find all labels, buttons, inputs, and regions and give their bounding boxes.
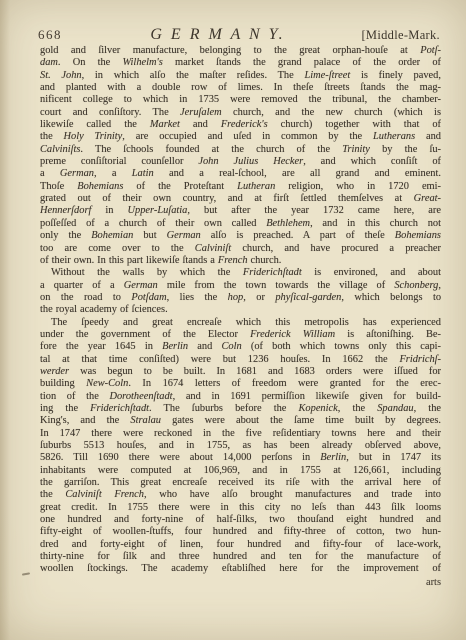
text-line: woollen ſtockings. The academy eſtabliſh… xyxy=(40,563,441,575)
text-line: Without the walls by which the Friderich… xyxy=(40,267,441,279)
paragraph-continuation: gold and ſilver manufacture, belonging t… xyxy=(40,45,441,267)
section-marker: [Middle-Mark. xyxy=(361,28,440,43)
text-line: and planted with a double row of limes. … xyxy=(40,82,441,94)
running-title: G E R M A N Y. xyxy=(150,26,285,44)
text-line: dam. On the Wilhelm's market ſtands the … xyxy=(40,57,441,69)
text-line: Calviniſts. The ſchools founded at the c… xyxy=(40,144,441,156)
text-line: a quarter of a German mile from the town… xyxy=(40,280,441,292)
text-line: too are come over to the Calviniſt churc… xyxy=(40,243,441,255)
text-line: 5826. Till 1690 there were about 14,000 … xyxy=(40,452,441,464)
text-line: the Calviniſt French, who have alſo brou… xyxy=(40,489,441,501)
page-header: 668 G E R M A N Y. [Middle-Mark. xyxy=(38,26,440,44)
text-line: tion of the Dorotheenſtadt, and in 1691 … xyxy=(40,391,441,403)
text-line: only the Bohemian but German alſo is pre… xyxy=(40,230,441,242)
text-line: thirty-nine for ſilk and three hundred a… xyxy=(40,551,441,563)
paragraph-physical-garden: Without the walls by which the Friderich… xyxy=(40,267,441,316)
text-line: St. John, in which alſo the maſter reſid… xyxy=(40,70,441,82)
text-line: under the government of the Elector Fred… xyxy=(40,329,441,341)
text-line: In 1747 there were reckoned in the five … xyxy=(40,428,441,440)
text-line: grated out of their own country, and at … xyxy=(40,193,441,205)
text-line: fore the year 1645 in Berlin and Coln (o… xyxy=(40,341,441,353)
page-number: 668 xyxy=(38,27,62,43)
text-line: on the road to Potſdam, lies the hop, or… xyxy=(40,292,441,304)
text-line: poſſeſſed of a church of their own calle… xyxy=(40,218,441,230)
text-line: ing the Friderichſtadt. The ſuburbs befo… xyxy=(40,403,441,415)
text-line: preme conſiſtorial counſellor John Juliu… xyxy=(40,156,441,168)
text-line: Thoſe Bohemians of the Proteſtant Luther… xyxy=(40,181,441,193)
text-line: fifty-eight of woollen-ſtuffs, four hund… xyxy=(40,526,441,538)
text-line: nificent college to which in 1735 were r… xyxy=(40,94,441,106)
text-line: The ſpeedy and great encreaſe which this… xyxy=(40,317,441,329)
text-line: the Holy Trinity, are occupied and uſed … xyxy=(40,131,441,143)
text-line: one hundred and forty-nine of half-ſilks… xyxy=(40,514,441,526)
book-page-scan: 668 G E R M A N Y. [Middle-Mark. gold an… xyxy=(0,0,466,640)
text-line: gold and ſilver manufacture, belonging t… xyxy=(40,45,441,57)
scan-artifact-mark xyxy=(22,572,30,575)
catchword: arts xyxy=(40,577,441,589)
text-line: great credit. In 1755 there were in this… xyxy=(40,502,441,514)
text-line: tal at that time conſiſted) were but 123… xyxy=(40,354,441,366)
text-line: of their own. In this part likewiſe ſtan… xyxy=(40,255,441,267)
text-line: likewiſe called the Market and Frederick… xyxy=(40,119,441,131)
paragraph-city-growth: The ſpeedy and great encreaſe which this… xyxy=(40,317,441,576)
text-line: building New-Coln. In 1674 letters of fr… xyxy=(40,378,441,390)
text-block: gold and ſilver manufacture, belonging t… xyxy=(40,45,441,589)
text-line: Hennerſdorf in Upper-Luſatia, but after … xyxy=(40,205,441,217)
text-line: the royal academy of ſciences. xyxy=(40,304,441,316)
text-line: ſuburbs 5513 houſes, and in 1755, as has… xyxy=(40,440,441,452)
text-line: dred and forty-eight of linen, four hund… xyxy=(40,539,441,551)
text-line: King's, and the Stralau gates were about… xyxy=(40,415,441,427)
text-line: werder was begun to be built. In 1681 an… xyxy=(40,366,441,378)
text-line: a German, a Latin and a real-ſchool, are… xyxy=(40,168,441,180)
text-line: the garriſon. This great encreaſe receiv… xyxy=(40,477,441,489)
text-line: court and conſiſtory. The Jeruſalem chur… xyxy=(40,107,441,119)
text-line: inhabitants were computed at 106,969, an… xyxy=(40,465,441,477)
